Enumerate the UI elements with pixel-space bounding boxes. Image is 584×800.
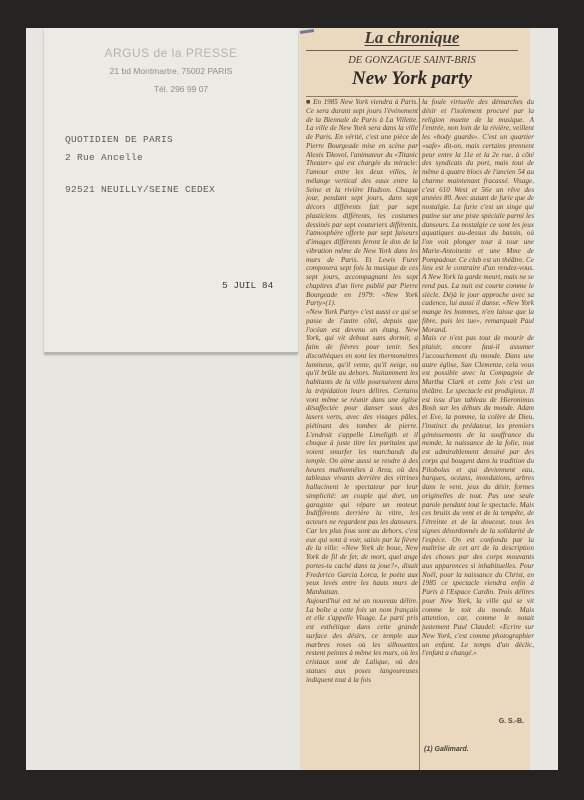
paragraph: Mais ce n'est pas tout de mourir de plai…: [422, 334, 534, 658]
footnote: (1) Gallimard.: [424, 746, 469, 753]
article-title: New York party: [306, 68, 518, 90]
agency-address: 21 bd Montmartre. 75002 PARIS: [44, 66, 298, 76]
paragraph: Aujourd'hui est né un nouveau délire. La…: [306, 597, 418, 685]
article-column-2: la foule virtuelle des démarches du dési…: [422, 98, 534, 716]
bullet-icon: ■: [306, 98, 311, 106]
article-header: La chronique DE GONZAGUE SAINT-BRIS New …: [306, 28, 518, 97]
paragraph: «New York Party» c'est aussi ce qui se p…: [306, 308, 418, 597]
press-agency-slip: ARGUS de la PRESSE 21 bd Montmartre. 750…: [44, 28, 298, 353]
recipient-street: 2 Rue Ancelle: [65, 152, 143, 163]
column-divider: [419, 98, 420, 770]
paragraph: ■ En 1985 New York viendra à Paris. Ce s…: [306, 98, 418, 308]
byline: DE GONZAGUE SAINT-BRIS: [306, 55, 518, 66]
paragraph: la foule virtuelle des démarches du dési…: [422, 98, 534, 334]
recipient-city: 92521 NEUILLY/SEINE CEDEX: [65, 184, 215, 195]
newspaper-clipping: La chronique DE GONZAGUE SAINT-BRIS New …: [300, 28, 530, 770]
author-signature: G. S.-B.: [422, 718, 524, 725]
agency-name: ARGUS de la PRESSE: [44, 46, 298, 60]
recipient-name: QUOTIDIEN DE PARIS: [65, 134, 173, 145]
agency-phone: Tél. 296 99 07: [44, 84, 298, 94]
rubric-heading: La chronique: [306, 28, 518, 48]
rubric-divider: [306, 50, 518, 51]
article-column-1: ■ En 1985 New York viendra à Paris. Ce s…: [306, 98, 418, 770]
date-stamp: 5 JUIL 84: [222, 280, 273, 291]
